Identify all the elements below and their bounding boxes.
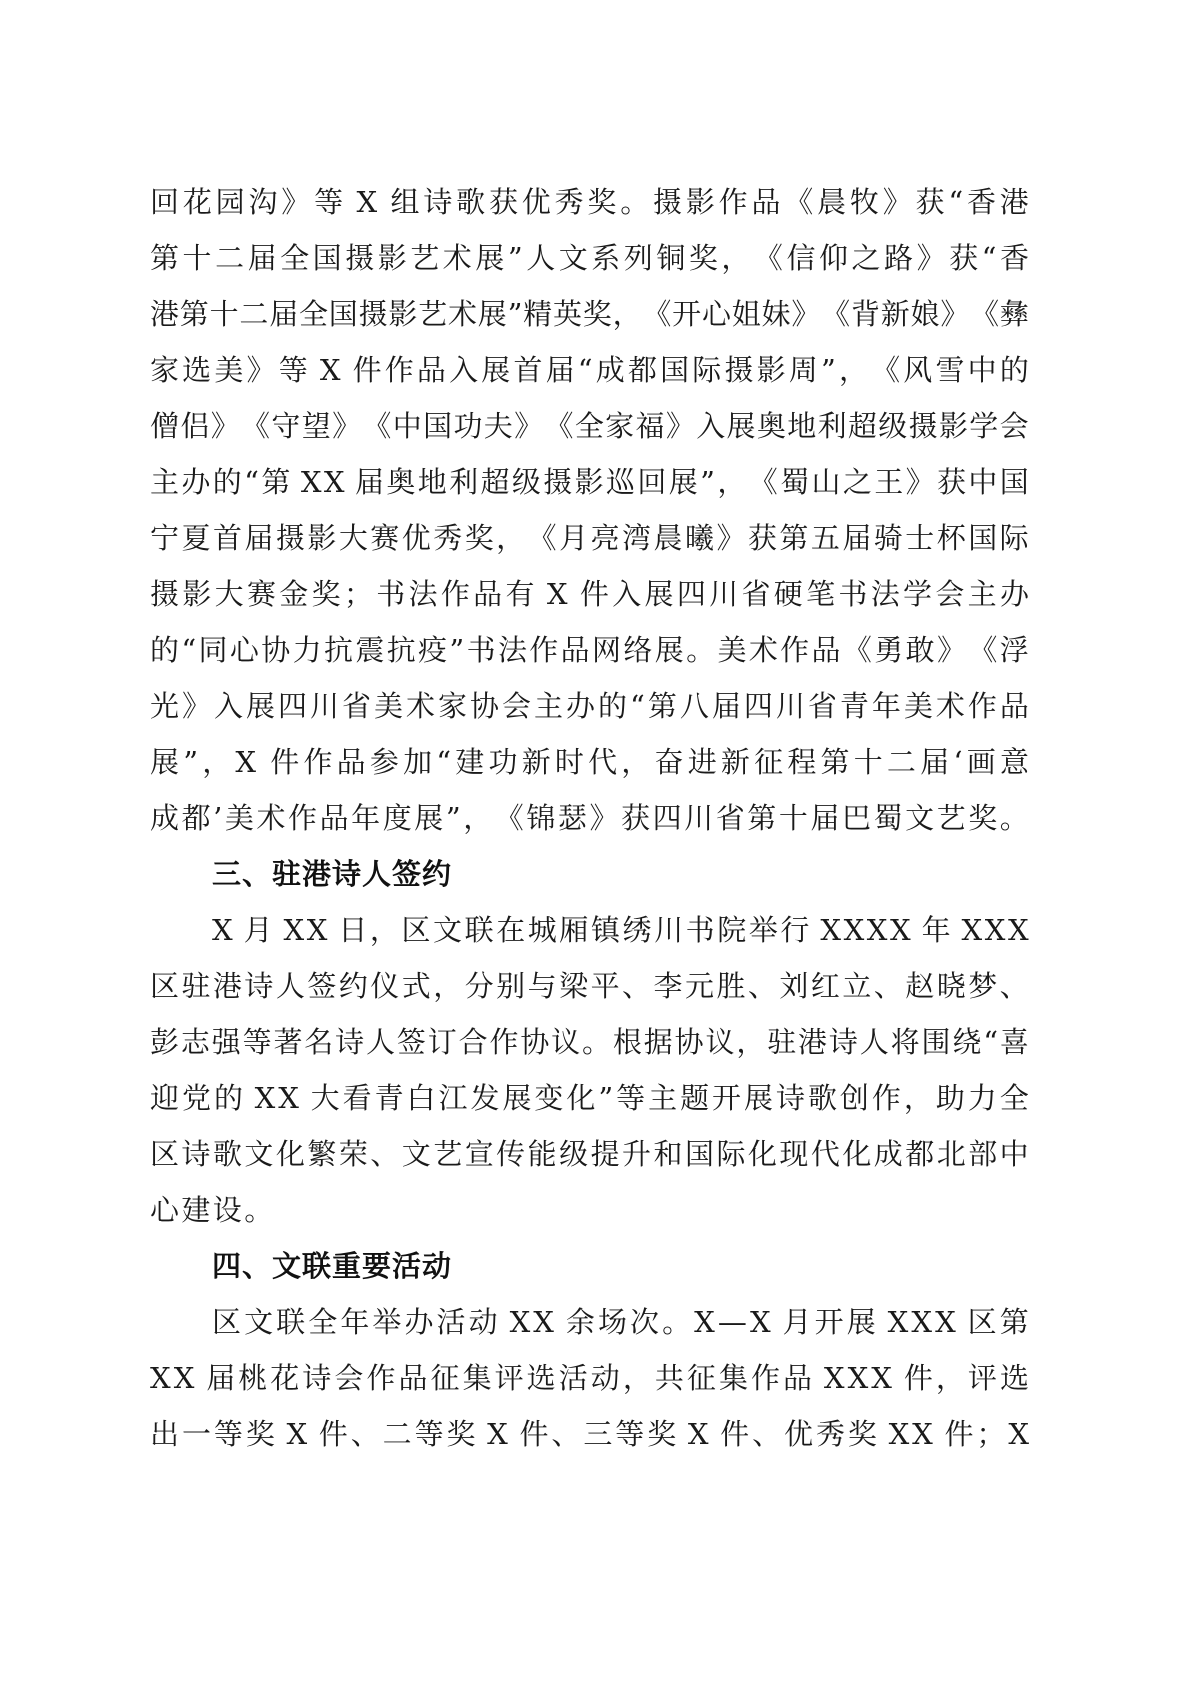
text-line: 区诗歌文化繁荣、文艺宣传能级提升和国际化现代化成都北部中 <box>150 1138 1029 1194</box>
text-line: 第十二届全国摄影艺术展”人文系列铜奖，《信仰之路》获“香 <box>150 242 1029 298</box>
text-line: 摄影大赛金奖；书法作品有 X 件入展四川省硬笔书法学会主办 <box>150 578 1029 634</box>
section-heading-poet-signing: 三、驻港诗人签约 <box>212 858 452 914</box>
text-line: 心建设。 <box>150 1194 1029 1250</box>
text-line: XX 届桃花诗会作品征集评选活动，共征集作品 XXX 件，评选 <box>150 1362 1029 1418</box>
text-line: 宁夏首届摄影大赛优秀奖，《月亮湾晨曦》获第五届骑士杯国际 <box>150 522 1029 578</box>
text-line: 港第十二届全国摄影艺术展”精英奖，《开心姐妹》《背新娘》《彝 <box>150 298 1029 354</box>
text-line: 出一等奖 X 件、二等奖 X 件、三等奖 X 件、优秀奖 XX 件；X <box>150 1418 1029 1474</box>
text-line: 区文联全年举办活动 XX 余场次。X—X 月开展 XXX 区第 <box>212 1306 1029 1362</box>
text-line: 区驻港诗人签约仪式，分别与梁平、李元胜、刘红立、赵晓梦、 <box>150 970 1029 1026</box>
section-heading-key-activities: 四、文联重要活动 <box>212 1250 452 1306</box>
text-line: X 月 XX 日，区文联在城厢镇绣川书院举行 XXXX 年 XXX <box>212 914 1029 970</box>
text-line: 展”，X 件作品参加“建功新时代，奋进新征程第十二届‘画意 <box>150 746 1029 802</box>
text-line: 家选美》等 X 件作品入展首届“成都国际摄影周”，《风雪中的 <box>150 354 1029 410</box>
text-line: 的“同心协力抗震抗疫”书法作品网络展。美术作品《勇敢》《浮 <box>150 634 1029 690</box>
text-line: 回花园沟》等 X 组诗歌获优秀奖。摄影作品《晨牧》获“香港 <box>150 186 1029 242</box>
text-line: 迎党的 XX 大看青白江发展变化”等主题开展诗歌创作，助力全 <box>150 1082 1029 1138</box>
text-line: 光》入展四川省美术家协会主办的“第八届四川省青年美术作品 <box>150 690 1029 746</box>
text-line: 僧侣》《守望》《中国功夫》《全家福》入展奥地利超级摄影学会 <box>150 410 1029 466</box>
text-line: 主办的“第 XX 届奥地利超级摄影巡回展”，《蜀山之王》获中国 <box>150 466 1029 522</box>
text-line: 彭志强等著名诗人签订合作协议。根据协议，驻港诗人将围绕“喜 <box>150 1026 1029 1082</box>
text-line: 成都’美术作品年度展”，《锦瑟》获四川省第十届巴蜀文艺奖。 <box>150 802 1029 858</box>
